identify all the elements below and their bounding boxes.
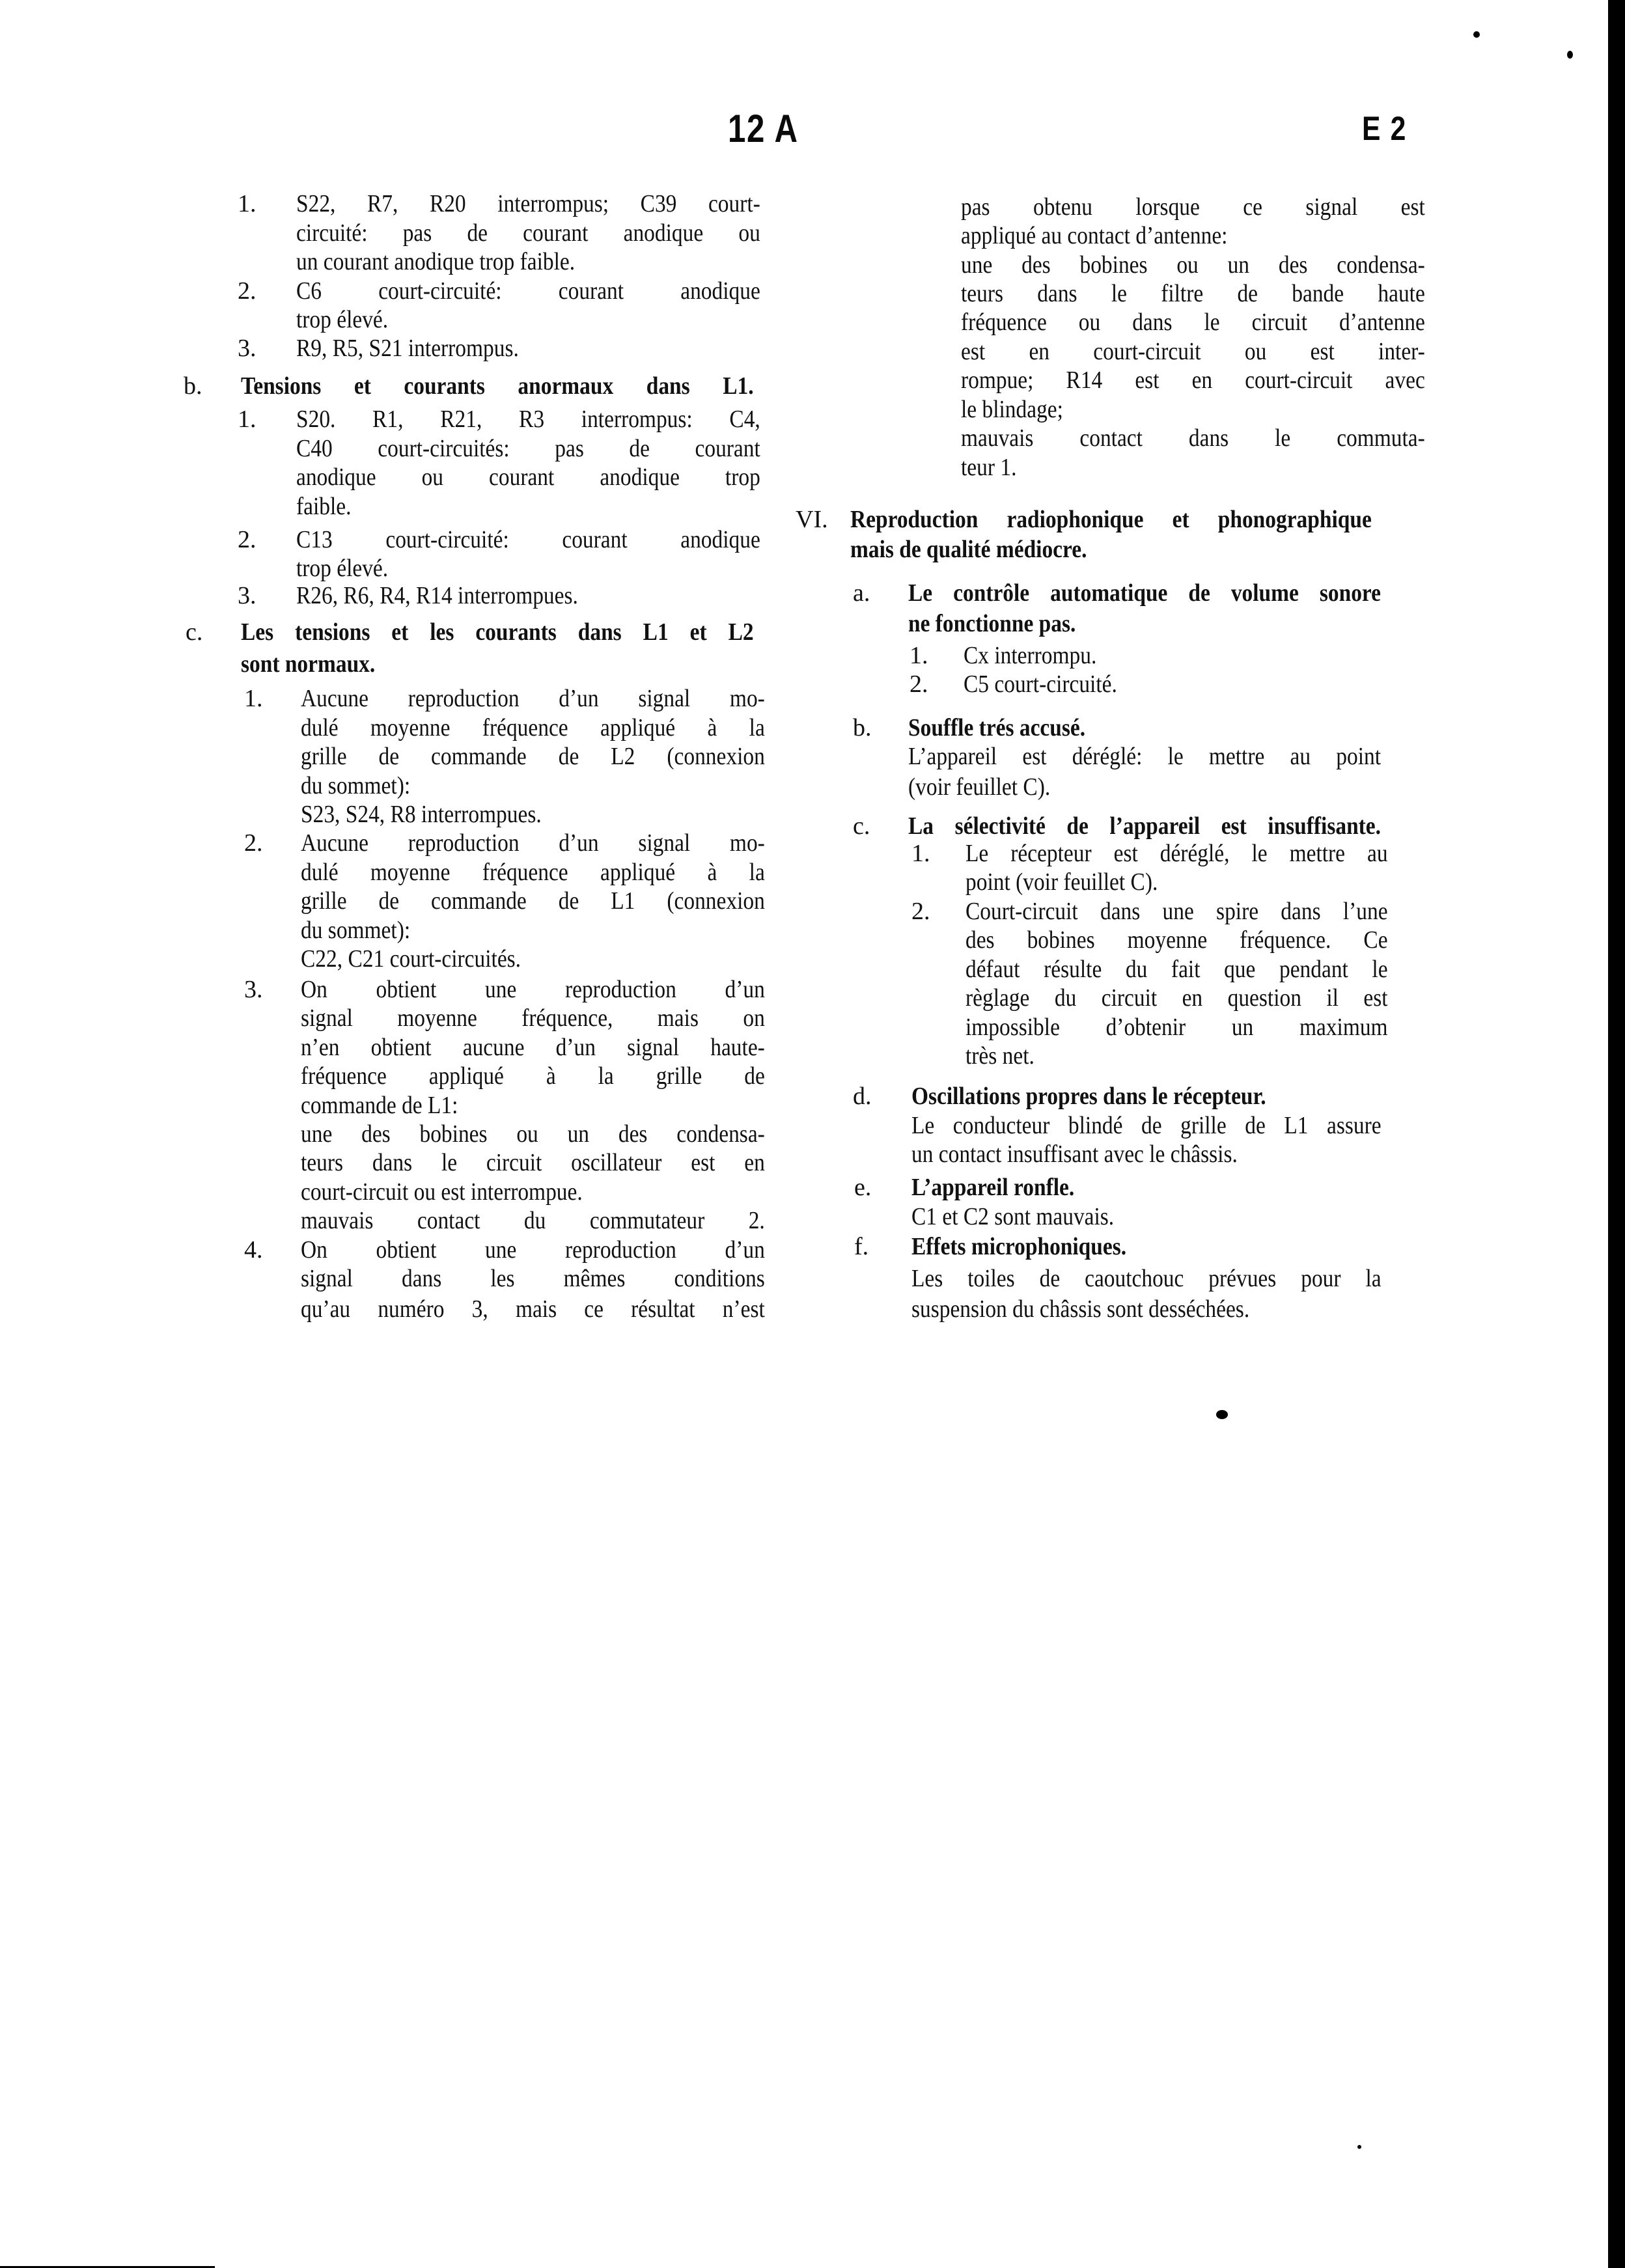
text-line: On obtient une reproduction d’un xyxy=(301,975,765,1004)
text-line: Aucune reproduction d’un signal mo- xyxy=(301,829,765,857)
text-line: S22, R7, R20 interrompus; C39 court- xyxy=(296,189,760,218)
text-line: du sommet): xyxy=(301,771,410,800)
sub-letter: c. xyxy=(853,812,870,840)
text-line: S23, S24, R8 interrompues. xyxy=(301,800,542,829)
text-line: une des bobines ou un des condensa- xyxy=(301,1120,765,1148)
text-line: C5 court-circuité. xyxy=(964,670,1117,698)
text-line: très net. xyxy=(965,1042,1035,1070)
text-line: L’appareil est déréglé: le mettre au poi… xyxy=(908,742,1381,771)
text-line: n’en obtient aucune d’un signal haute- xyxy=(301,1033,765,1062)
text-line: grille de commande de L1 (connexion xyxy=(301,887,765,915)
item-number: 2. xyxy=(238,525,257,554)
text-line: point (voir feuillet C). xyxy=(965,868,1158,896)
section-heading: Les tensions et les courants dans L1 et … xyxy=(241,618,754,646)
item-number: 1. xyxy=(910,641,928,670)
scan-speck xyxy=(1567,51,1573,59)
item-number: 1. xyxy=(238,189,257,218)
sub-letter: d. xyxy=(853,1082,872,1111)
item-number: 3. xyxy=(238,581,257,610)
text-line: Le récepteur est déréglé, le mettre au xyxy=(965,839,1388,868)
text-line: impossible d’obtenir un maximum xyxy=(965,1013,1388,1042)
text-line: un contact insuffisant avec le châssis. xyxy=(911,1140,1238,1169)
sub-letter: a. xyxy=(853,579,870,607)
text-line: On obtient une reproduction d’un xyxy=(301,1236,765,1264)
text-line: C13 court-circuité: courant anodique xyxy=(296,525,760,554)
sub-heading: La sélectivité de l’appareil est insuffi… xyxy=(908,812,1381,840)
item-number: 2. xyxy=(244,829,263,857)
scan-speck xyxy=(1473,31,1480,38)
text-line: des bobines moyenne fréquence. Ce xyxy=(965,926,1388,954)
text-line: Les toiles de caoutchouc prévues pour la xyxy=(911,1264,1382,1293)
sub-letter: f. xyxy=(854,1232,868,1261)
text-line: grille de commande de L2 (connexion xyxy=(301,742,765,771)
text-line: S20. R1, R21, R3 interrompus: C4, xyxy=(296,405,760,434)
text-line: court-circuit ou est interrompue. xyxy=(301,1178,583,1206)
text-line: circuité: pas de courant anodique ou xyxy=(296,219,760,247)
item-number: 2. xyxy=(910,670,928,698)
text-line: C22, C21 court-circuités. xyxy=(301,945,521,973)
text-line: défaut résulte du fait que pendant le xyxy=(965,955,1388,984)
sub-heading: Souffle trés accusé. xyxy=(908,713,1085,742)
section-heading: mais de qualité médiocre. xyxy=(850,535,1087,564)
section-heading: sont normaux. xyxy=(241,650,375,678)
sub-heading: Effets microphoniques. xyxy=(911,1232,1126,1261)
text-line: suspension du châssis sont desséchées. xyxy=(911,1295,1249,1323)
text-line: fréquence appliqué à la grille de xyxy=(301,1062,765,1090)
item-number: 3. xyxy=(244,975,263,1004)
text-line: le blindage; xyxy=(961,395,1063,424)
text-line: C40 court-circuités: pas de courant xyxy=(296,434,760,463)
text-line: signal dans les mêmes conditions xyxy=(301,1264,765,1293)
text-line: Le conducteur blindé de grille de L1 ass… xyxy=(911,1111,1382,1140)
text-line: C1 et C2 sont mauvais. xyxy=(911,1202,1114,1231)
section-numeral: VI. xyxy=(796,505,828,534)
text-line: une des bobines ou un des condensa- xyxy=(961,251,1425,279)
text-line: pas obtenu lorsque ce signal est xyxy=(961,193,1425,221)
item-number: 2. xyxy=(238,277,257,305)
text-line: du sommet): xyxy=(301,916,410,945)
text-line: teur 1. xyxy=(961,453,1016,482)
text-line: commande de L1: xyxy=(301,1091,458,1120)
sub-heading: L’appareil ronfle. xyxy=(911,1173,1074,1202)
item-number: 2. xyxy=(911,897,930,926)
scan-speck xyxy=(1357,2145,1361,2149)
text-line: trop élevé. xyxy=(296,305,388,334)
section-letter: c. xyxy=(186,618,202,646)
text-line: qu’au numéro 3, mais ce résultat n’est xyxy=(301,1295,765,1323)
text-line: règlage du circuit en question il est xyxy=(965,984,1388,1012)
text-line: trop élevé. xyxy=(296,554,388,583)
text-line: Court-circuit dans une spire dans l’une xyxy=(965,897,1388,926)
item-number: 1. xyxy=(244,684,263,713)
sub-letter: b. xyxy=(853,713,872,742)
text-line: dulé moyenne fréquence appliqué à la xyxy=(301,713,765,742)
text-line: faible. xyxy=(296,492,351,521)
sub-heading: Oscillations propres dans le récepteur. xyxy=(911,1082,1266,1111)
text-line: un courant anodique trop faible. xyxy=(296,247,575,276)
text-line: dulé moyenne fréquence appliqué à la xyxy=(301,858,765,887)
section-letter: b. xyxy=(184,372,202,400)
item-number: 1. xyxy=(911,839,930,868)
text-line: C6 court-circuité: courant anodique xyxy=(296,277,760,305)
text-line: teurs dans le circuit oscillateur est en xyxy=(301,1148,765,1177)
sub-heading: Le contrôle automatique de volume sonore xyxy=(908,579,1381,607)
section-code: E 2 xyxy=(1362,112,1407,146)
document-page: 12 A E 2 1. S22, R7, R20 interrompus; C3… xyxy=(0,0,1625,2268)
page-number: 12 A xyxy=(728,109,799,148)
text-line: mauvais contact du commutateur 2. xyxy=(301,1206,765,1235)
text-line: est en court-circuit ou est inter- xyxy=(961,337,1425,366)
sub-letter: e. xyxy=(854,1173,871,1202)
text-line: (voir feuillet C). xyxy=(908,773,1050,801)
text-line: rompue; R14 est en court-circuit avec xyxy=(961,366,1425,394)
item-number: 4. xyxy=(244,1236,263,1264)
text-line: mauvais contact dans le commuta- xyxy=(961,424,1425,452)
text-line: teurs dans le filtre de bande haute xyxy=(961,279,1425,308)
text-line: appliqué au contact d’antenne: xyxy=(961,221,1227,250)
text-line: R9, R5, S21 interrompus. xyxy=(296,334,519,363)
section-heading: Reproduction radiophonique et phonograph… xyxy=(850,505,1372,534)
scan-speck xyxy=(1216,1410,1228,1419)
text-line: signal moyenne fréquence, mais on xyxy=(301,1004,765,1032)
text-line: Cx interrompu. xyxy=(964,641,1096,670)
section-heading: Tensions et courants anormaux dans L1. xyxy=(241,372,754,400)
item-number: 3. xyxy=(238,334,257,363)
sub-heading: ne fonctionne pas. xyxy=(908,609,1076,638)
scan-edge-strip xyxy=(1608,0,1625,2268)
text-line: anodique ou courant anodique trop xyxy=(296,463,760,491)
text-line: R26, R6, R4, R14 interrompues. xyxy=(296,581,578,610)
text-line: fréquence ou dans le circuit d’antenne xyxy=(961,308,1425,337)
item-number: 1. xyxy=(238,405,257,434)
text-line: Aucune reproduction d’un signal mo- xyxy=(301,684,765,713)
